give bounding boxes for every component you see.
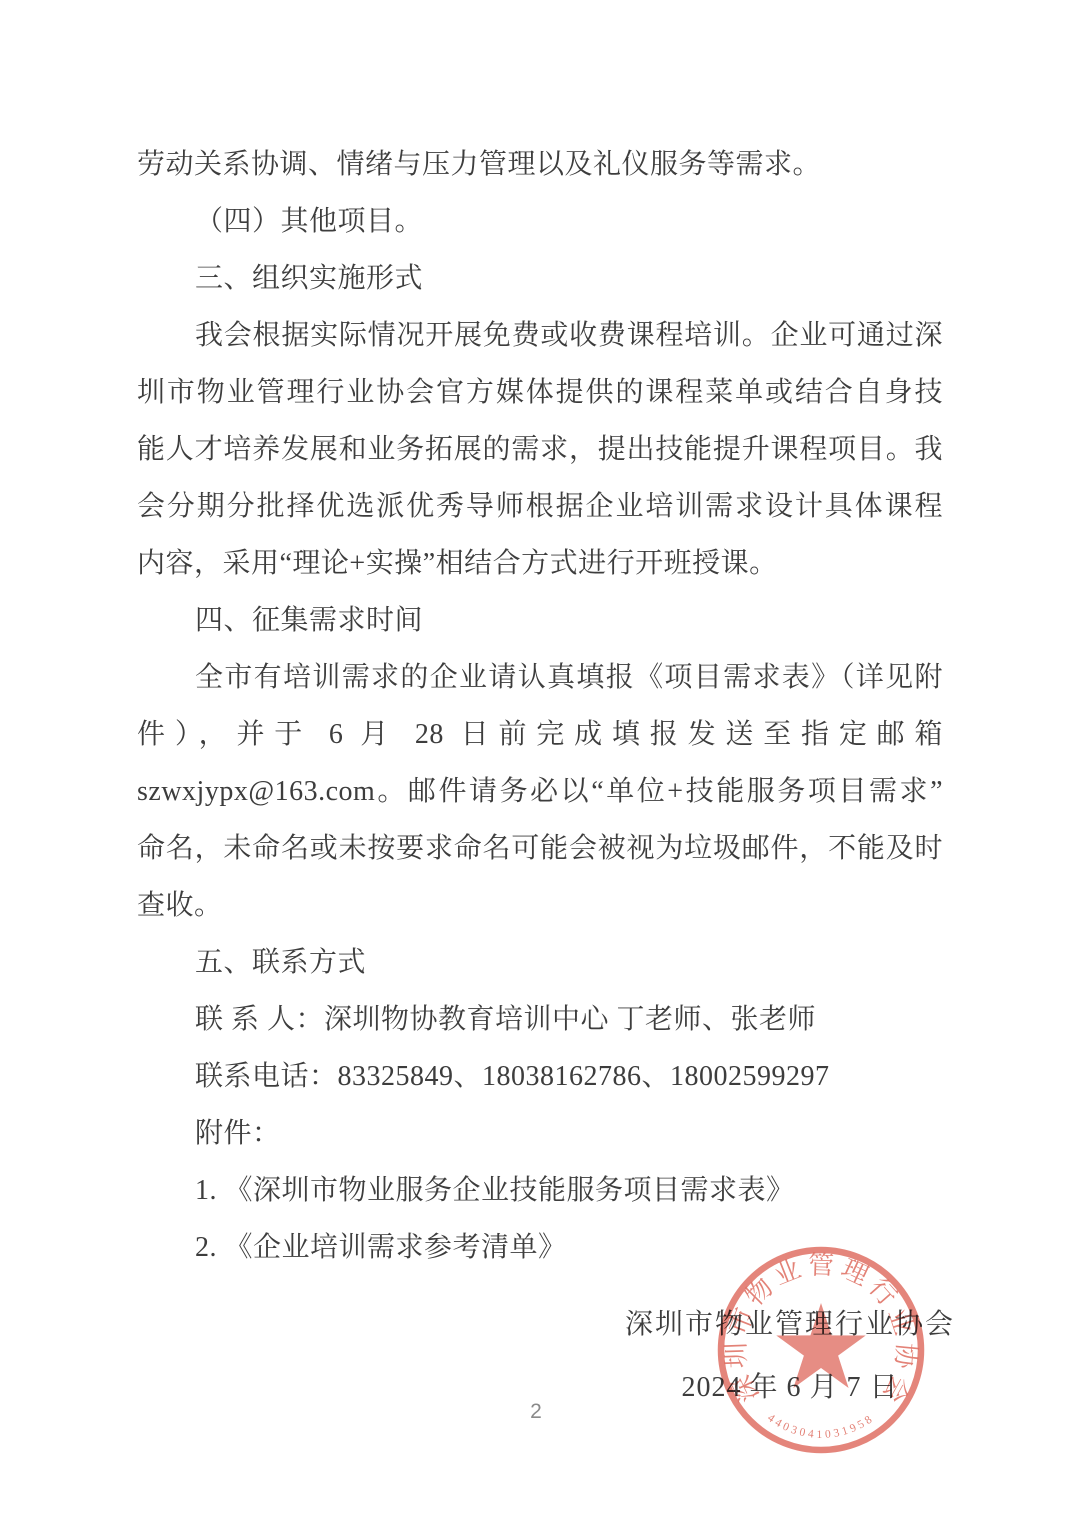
page-number: 2 <box>0 1400 1072 1424</box>
doc-line: 五、联系方式 <box>137 934 943 991</box>
doc-line: 命名，未命名或未按要求命名可能会被视为垃圾邮件，不能及时 <box>137 820 943 877</box>
doc-line: 四、征集需求时间 <box>137 592 943 649</box>
doc-line: 圳市物业管理行业协会官方媒体提供的课程菜单或结合自身技 <box>137 364 943 421</box>
doc-line: 附件： <box>137 1105 943 1162</box>
official-seal: 深圳市物业管理行业协会 4403041031958 <box>710 1243 932 1459</box>
document-page: 劳动关系协调、情绪与压力管理以及礼仪服务等需求。（四）其他项目。三、组织实施形式… <box>0 0 1080 1527</box>
doc-line: 查收。 <box>137 877 943 934</box>
doc-line: 能人才培养发展和业务拓展的需求，提出技能提升课程项目。我 <box>137 421 943 478</box>
seal-star-icon <box>776 1303 865 1388</box>
doc-line: 全市有培训需求的企业请认真填报《项目需求表》（详见附 <box>137 649 943 706</box>
doc-line: （四）其他项目。 <box>137 193 943 250</box>
doc-line: szwxjypx@163.com。邮件请务必以“单位+技能服务项目需求” <box>137 763 943 820</box>
doc-line: 件），并于 6 月 28 日前完成填报发送至指定邮箱 <box>137 706 943 763</box>
doc-line: 联 系 人：深圳物协教育培训中心 丁老师、张老师 <box>137 991 943 1048</box>
doc-line: 劳动关系协调、情绪与压力管理以及礼仪服务等需求。 <box>137 136 943 193</box>
doc-line: 我会根据实际情况开展免费或收费课程培训。企业可通过深 <box>137 307 943 364</box>
doc-line: 1. 《深圳市物业服务企业技能服务项目需求表》 <box>137 1162 943 1219</box>
doc-line: 会分期分批择优选派优秀导师根据企业培训需求设计具体课程 <box>137 478 943 535</box>
doc-line: 联系电话：83325849、18038162786、18002599297 <box>137 1048 943 1105</box>
doc-line: 三、组织实施形式 <box>137 250 943 307</box>
doc-line: 内容，采用“理论+实操”相结合方式进行开班授课。 <box>137 535 943 592</box>
document-body: 劳动关系协调、情绪与压力管理以及礼仪服务等需求。（四）其他项目。三、组织实施形式… <box>137 136 943 1276</box>
